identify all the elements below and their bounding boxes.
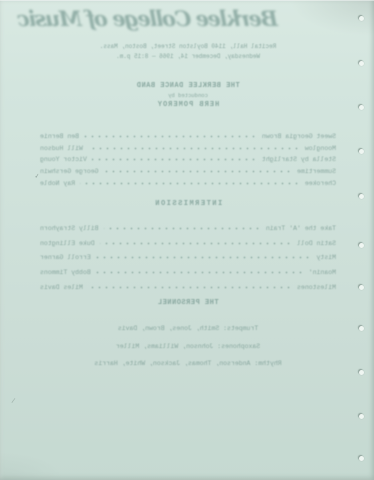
program-piece: Summertime	[297, 168, 336, 175]
personnel-line: Saxophones: Johnson, Williams, Miller	[37, 338, 339, 356]
program-row: MoonglowWill Hudson	[40, 143, 336, 155]
punch-hole	[359, 194, 364, 199]
program-title-bleed: THE BERKLEE DANCE BAND	[95, 82, 281, 90]
dotted-leader	[104, 170, 292, 173]
dotted-leader	[92, 158, 257, 161]
stray-slash-mark: ⁄	[10, 398, 16, 407]
dotted-leader	[88, 147, 300, 150]
program-piece: Sweet Georgia Brown	[262, 133, 336, 140]
punch-hole	[359, 326, 364, 331]
personnel-lines-bleed: Trumpets: Smith, Jones, Brown, DavisSaxo…	[37, 320, 339, 373]
intermission-heading-bleed: INTERMISSION	[120, 200, 256, 208]
program-performer: George Gershwin	[40, 168, 99, 175]
program-piece: Take the 'A' Train	[266, 225, 336, 232]
punch-hole	[359, 243, 364, 248]
program-piece: Stella by Starlight	[262, 156, 336, 163]
program-piece: Moanin'	[309, 269, 336, 276]
punch-hole	[359, 61, 364, 66]
dotted-leader	[96, 256, 312, 259]
program-row: Stella by StarlightVictor Young	[40, 154, 336, 166]
dotted-leader	[100, 242, 292, 245]
program-performer: Victor Young	[40, 156, 87, 163]
program-row: Satin DollDuke Ellington	[40, 236, 336, 251]
program-row: CherokeeRay Noble	[40, 177, 336, 189]
program-performer: Erroll Garner	[40, 254, 91, 261]
program-performer: Bobby Timmons	[40, 269, 91, 276]
program-performer: Will Hudson	[40, 145, 83, 152]
program-piece: Cherokee	[305, 180, 336, 187]
dotted-leader	[104, 227, 261, 230]
punch-hole	[359, 149, 364, 154]
program-piece: Moonglow	[305, 145, 336, 152]
program-row: MistyErroll Garner	[40, 251, 336, 266]
dotted-leader	[88, 286, 292, 289]
dotted-leader	[96, 271, 304, 274]
venue-line-bleed: Recital Hall, 1140 Boylston Street, Bost…	[62, 43, 314, 50]
program-first-half-bleed: Sweet Georgia BrownBen BernieMoonglowWil…	[40, 131, 336, 189]
paper-sheet: Berklee College of Music Recital Hall, 1…	[0, 0, 374, 480]
punch-hole	[359, 105, 364, 110]
program-performer: Ben Bernie	[40, 133, 79, 140]
program-row: MilestonesMiles Davis	[40, 280, 336, 295]
stray-check-mark: ✓	[34, 172, 39, 181]
program-performer: Miles Davis	[40, 284, 83, 291]
personnel-line: Rhythm: Anderson, Thomas, Jackson, White…	[37, 355, 339, 373]
program-performer: Ray Noble	[40, 180, 75, 187]
conductor-name-bleed: HERB POMEROY	[95, 101, 281, 109]
program-row: Take the 'A' TrainBilly Strayhorn	[40, 221, 336, 236]
punch-hole	[359, 370, 364, 375]
punch-hole	[359, 285, 364, 290]
program-piece: Satin Doll	[297, 240, 336, 247]
date-line-bleed: Wednesday, December 14, 1966 — 8:15 p.m.	[62, 53, 314, 60]
dotted-leader	[80, 182, 300, 185]
program-second-half-bleed: Take the 'A' TrainBilly StrayhornSatin D…	[40, 221, 336, 295]
punch-hole	[359, 414, 364, 419]
program-performer: Duke Ellington	[40, 240, 95, 247]
program-row: Sweet Georgia BrownBen Bernie	[40, 131, 336, 143]
college-logo-bleed: Berklee College of Music	[26, 2, 278, 36]
program-performer: Billy Strayhorn	[40, 225, 99, 232]
program-row: SummertimeGeorge Gershwin	[40, 166, 336, 178]
punch-hole	[359, 456, 364, 461]
program-row: Moanin'Bobby Timmons	[40, 265, 336, 280]
conductor-intro-bleed: conducted by	[95, 92, 281, 99]
program-piece: Misty	[316, 254, 336, 261]
dotted-leader	[84, 135, 257, 138]
punch-hole	[359, 16, 364, 21]
personnel-line: Trumpets: Smith, Jones, Brown, Davis	[37, 320, 339, 338]
personnel-heading-bleed: THE PERSONNEL	[95, 299, 281, 307]
program-piece: Milestones	[297, 284, 336, 291]
